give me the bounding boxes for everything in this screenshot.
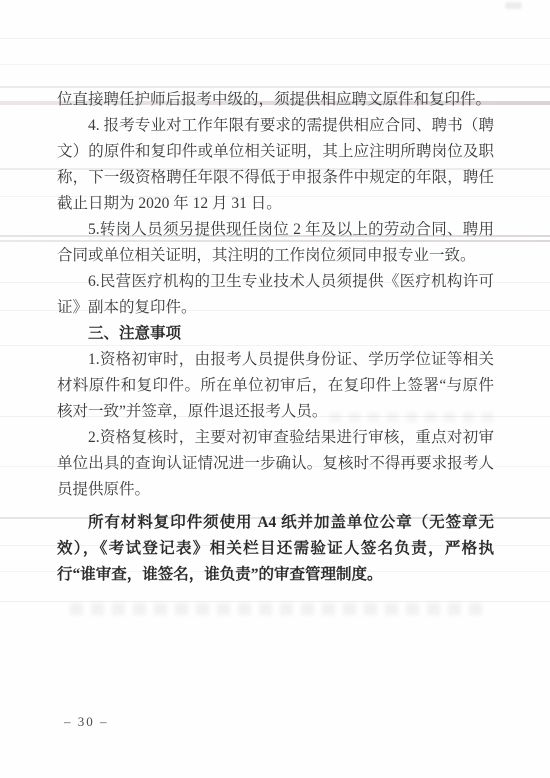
paragraph-item-4: 4. 报考专业对工作年限有要求的需提供相应合同、聘书（聘文）的原件和复印件或单位… [57, 113, 494, 217]
page-number: – 30 – [64, 714, 109, 730]
paragraph-item-6: 6.民营医疗机构的卫生专业技术人员须提供《医疗机构许可证》副本的复印件。 [57, 269, 494, 321]
paragraph-notice-bold: 所有材料复印件须使用 A4 纸并加盖单位公章（无签章无效），《考试登记表》相关栏… [57, 510, 494, 588]
paragraph-note-1: 1.资格初审时，由报考人员提供身份证、学历学位证等相关材料原件和复印件。所在单位… [57, 347, 494, 425]
scanned-document-page: 位直接聘任护师后报考中级的，须提供相应聘文原件和复印件。 4. 报考专业对工作年… [0, 0, 550, 778]
section-heading-notes: 三、注意事项 [57, 321, 494, 347]
document-body: 位直接聘任护师后报考中级的，须提供相应聘文原件和复印件。 4. 报考专业对工作年… [57, 87, 494, 588]
bleed-through-ghost-text [70, 603, 490, 615]
paragraph-continuation: 位直接聘任护师后报考中级的，须提供相应聘文原件和复印件。 [57, 87, 494, 113]
scan-artifact-blob [505, 2, 522, 9]
paragraph-note-2: 2.资格复核时，主要对初审查验结果进行审核，重点对初审单位出具的查询认证情况进一… [57, 425, 494, 503]
scan-artifact-line [0, 601, 550, 602]
scan-artifact-line [0, 64, 550, 65]
scan-artifact-line [0, 38, 550, 39]
paragraph-item-5: 5.转岗人员须另提供现任岗位 2 年及以上的劳动合同、聘用合同或单位相关证明，其… [57, 217, 494, 269]
